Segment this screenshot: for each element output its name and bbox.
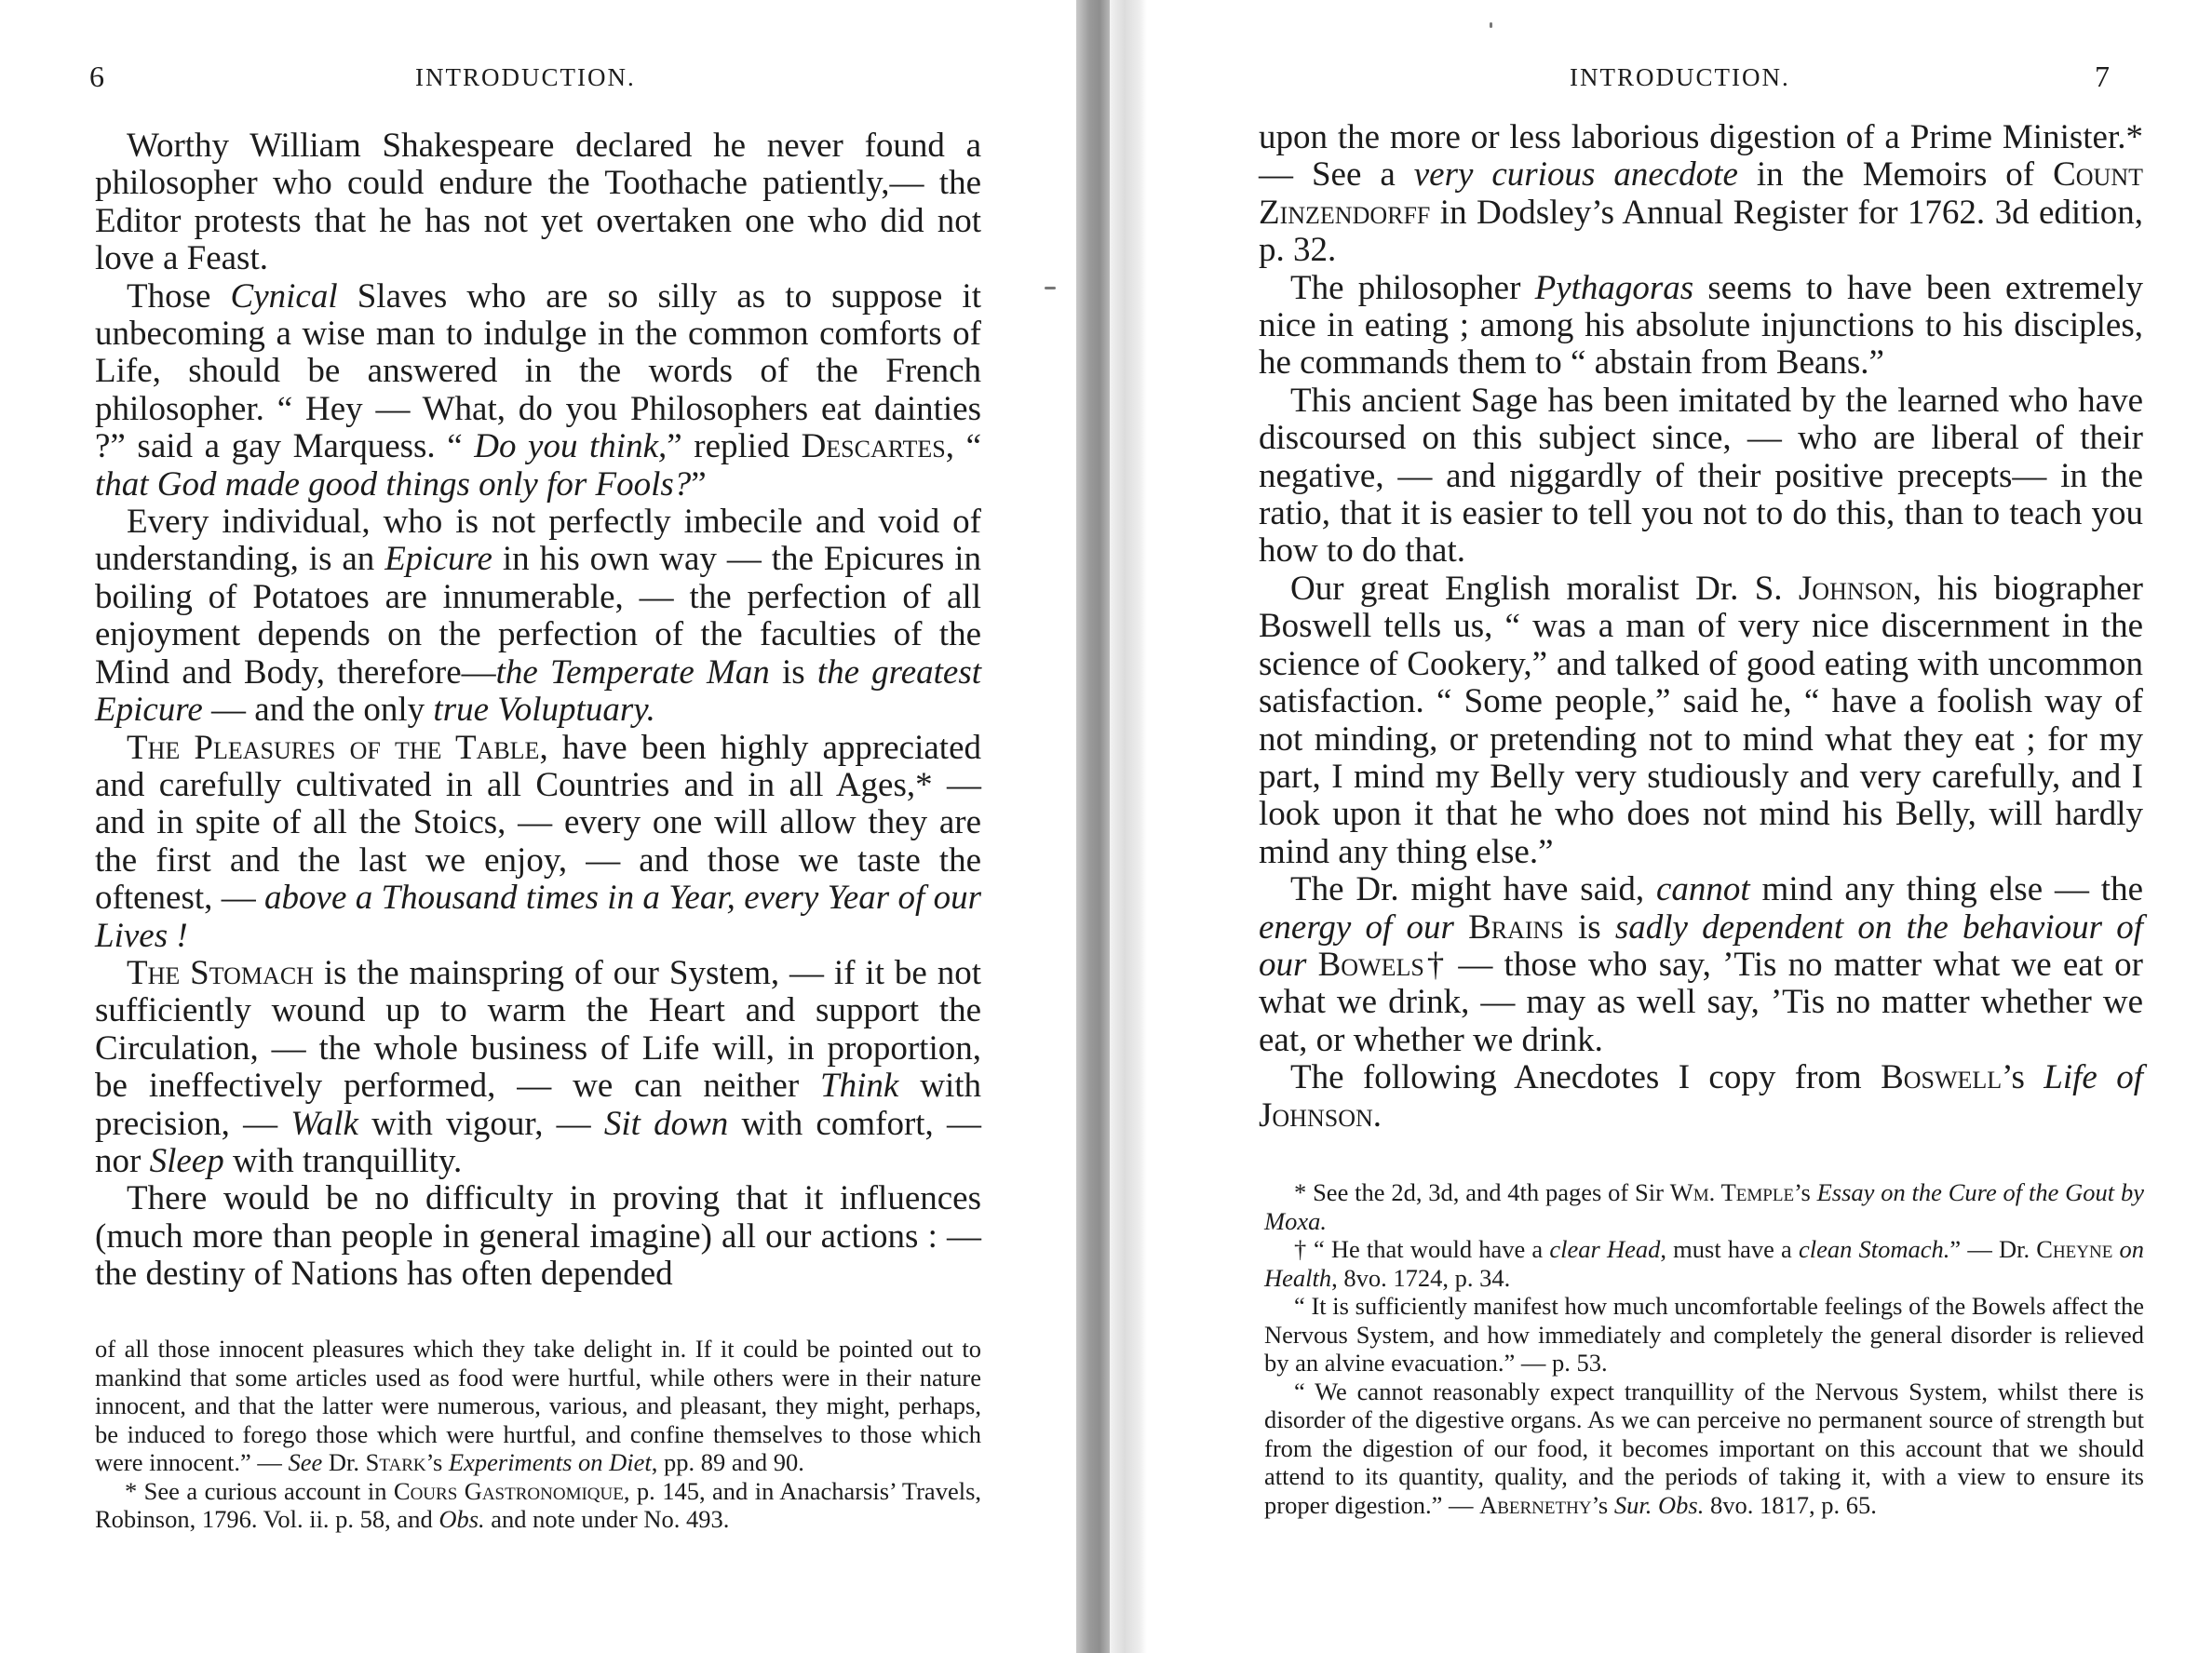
text-run: Boswell [1881,1058,2002,1096]
emphasis: See [289,1448,323,1476]
emphasis: clear Head [1549,1235,1660,1263]
text-run: * See the 2d, 3d, and 4th pages of Sir [1294,1178,1670,1206]
text-run: ’s [1794,1178,1817,1206]
emphasis: Epicure [384,540,492,578]
page-number: 7 [2095,60,2110,94]
text-run: Johnson [1799,570,1913,608]
text-run [1454,908,1468,947]
text-run: ’s [426,1448,449,1476]
text-run: ” — Dr. [1949,1235,2036,1263]
paragraph: The following Anecdotes I copy from Bosw… [1259,1059,2143,1135]
emphasis: Cynical [231,277,338,316]
text-run: There would be no difficulty in proving … [95,1179,981,1293]
emphasis: Sur. Obs. [1614,1491,1704,1519]
emphasis: Sleep [150,1142,224,1180]
emphasis: Experiments on Diet [449,1448,652,1476]
text-run: with tranquillity. [224,1142,463,1180]
paragraph: upon the more or less laborious digestio… [1259,119,2143,270]
running-head: INTRODUCTION. [1570,63,1790,92]
body-text: upon the more or less laborious digestio… [1259,119,2143,1135]
text-run: , his biographer Boswell tells us, “ was… [1259,570,2143,871]
paragraph: Those Cynical Slaves who are so silly as… [95,278,981,504]
paragraph: This ancient Sage has been imitated by t… [1259,383,2143,571]
emphasis: energy of our [1259,908,1454,947]
text-run: “ It is sufficiently manifest how much u… [1264,1292,2144,1377]
emphasis: that God made good things only for Fools… [95,465,691,504]
small-caps-heading: The Pleasures of the Table [127,729,539,767]
text-run: ’s [1592,1491,1614,1519]
text-run: The Dr. might have said, [1290,870,1656,908]
text-run: This ancient Sage has been imitated by t… [1259,382,2143,571]
text-run: 8vo. 1817, p. 65. [1704,1491,1877,1519]
paragraph: The Stomach is the mainspring of our Sys… [95,955,981,1180]
text-run: — and the only [203,691,434,729]
paragraph: Worthy William Shakespeare declared he n… [95,128,981,278]
emphasis: Obs. [438,1505,484,1533]
small-caps-heading: The Stomach [127,954,314,992]
emphasis: Sit down [604,1105,728,1143]
text-run: Cheyne [2036,1235,2112,1263]
body-text: Worthy William Shakespeare declared he n… [95,128,981,1294]
small-caps-name: Descartes [802,427,946,465]
paragraph: Every individual, who is not perfectly i… [95,504,981,729]
text-run [1306,946,1317,984]
emphasis: Do you think, [474,427,667,465]
footnotes: of all those innocent pleasures which th… [95,1335,981,1534]
text-run: Wm. Temple [1670,1178,1794,1206]
text-run: , “ [946,427,981,465]
footnote: of all those innocent pleasures which th… [95,1335,981,1477]
emphasis: clean Stomach. [1799,1235,1949,1263]
book-gutter-shadow [1076,0,1110,1653]
paragraph: Our great English moralist Dr. S. Johnso… [1259,571,2143,871]
text-run: Abernethy [1479,1491,1591,1519]
running-head: INTRODUCTION. [415,63,636,92]
footnote: * See the 2d, 3d, and 4th pages of Sir W… [1264,1178,2144,1235]
text-run: is [1564,908,1615,947]
text-run: with vigour, — [358,1105,604,1143]
paragraph: There would be no difficulty in proving … [95,1180,981,1293]
text-run: , 8vo. 1724, p. 34. [1331,1264,1510,1292]
emphasis: Life of [2043,1058,2143,1096]
text-run: ” replied [667,427,801,465]
page-number: 6 [89,60,104,94]
text-run: Stark [366,1448,426,1476]
footnote: † “ He that would have a clear Head, mus… [1264,1235,2144,1292]
right-page: INTRODUCTION. 7 upon the more or less la… [1154,0,2212,1653]
emphasis: very curious anecdote [1414,155,1738,194]
paragraph: The Pleasures of the Table, have been hi… [95,730,981,955]
emphasis: true Voluptuary. [433,691,654,729]
paragraph: The Dr. might have said, cannot mind any… [1259,871,2143,1059]
left-page: 6 INTRODUCTION. Worthy William Shakespea… [0,0,1071,1653]
text-run: * See a curious account in [125,1477,394,1505]
text-run [2112,1235,2119,1263]
text-run: † “ He that would have a [1294,1235,1549,1263]
text-run: Our great English moralist Dr. S. [1290,570,1799,608]
text-run: Those [127,277,231,316]
scan-speck [1490,22,1492,28]
text-run: in the Memoirs of [1738,155,2053,194]
text-run: Brains [1468,908,1564,947]
text-run: Cours Gastronomique [394,1477,624,1505]
text-run: , must have a [1660,1235,1799,1263]
text-run: Bowels [1318,946,1424,984]
text-run: , pp. 89 and 90. [652,1448,804,1476]
emphasis: the Temperate Man [496,653,770,692]
text-run: . [1373,1096,1382,1135]
book-gutter-highlight [1110,0,1147,1653]
text-run: is [770,653,817,692]
emphasis: Walk [290,1105,358,1143]
text-run: Dr. [322,1448,365,1476]
text-run: ” [691,465,706,504]
text-run: Johnson [1259,1096,1373,1135]
paragraph: The philosopher Pythagoras seems to have… [1259,270,2143,383]
text-run: ’s [2002,1058,2043,1096]
text-run: The following Anecdotes I copy from [1290,1058,1881,1096]
footnote: * See a curious account in Cours Gastron… [95,1477,981,1534]
emphasis: Pythagoras [1535,269,1694,307]
text-run: and note under No. 493. [485,1505,730,1533]
footnote: “ We cannot reasonably expect tranquilli… [1264,1377,2144,1520]
text-run: The philosopher [1290,269,1535,307]
emphasis: cannot [1656,870,1750,908]
footnotes: * See the 2d, 3d, and 4th pages of Sir W… [1264,1178,2144,1519]
emphasis: Think [820,1067,898,1105]
text-run: mind any thing else — the [1750,870,2143,908]
scan-speck [1045,287,1056,289]
footnote: “ It is sufficiently manifest how much u… [1264,1292,2144,1377]
text-run: Worthy William Shakespeare declared he n… [95,127,981,277]
